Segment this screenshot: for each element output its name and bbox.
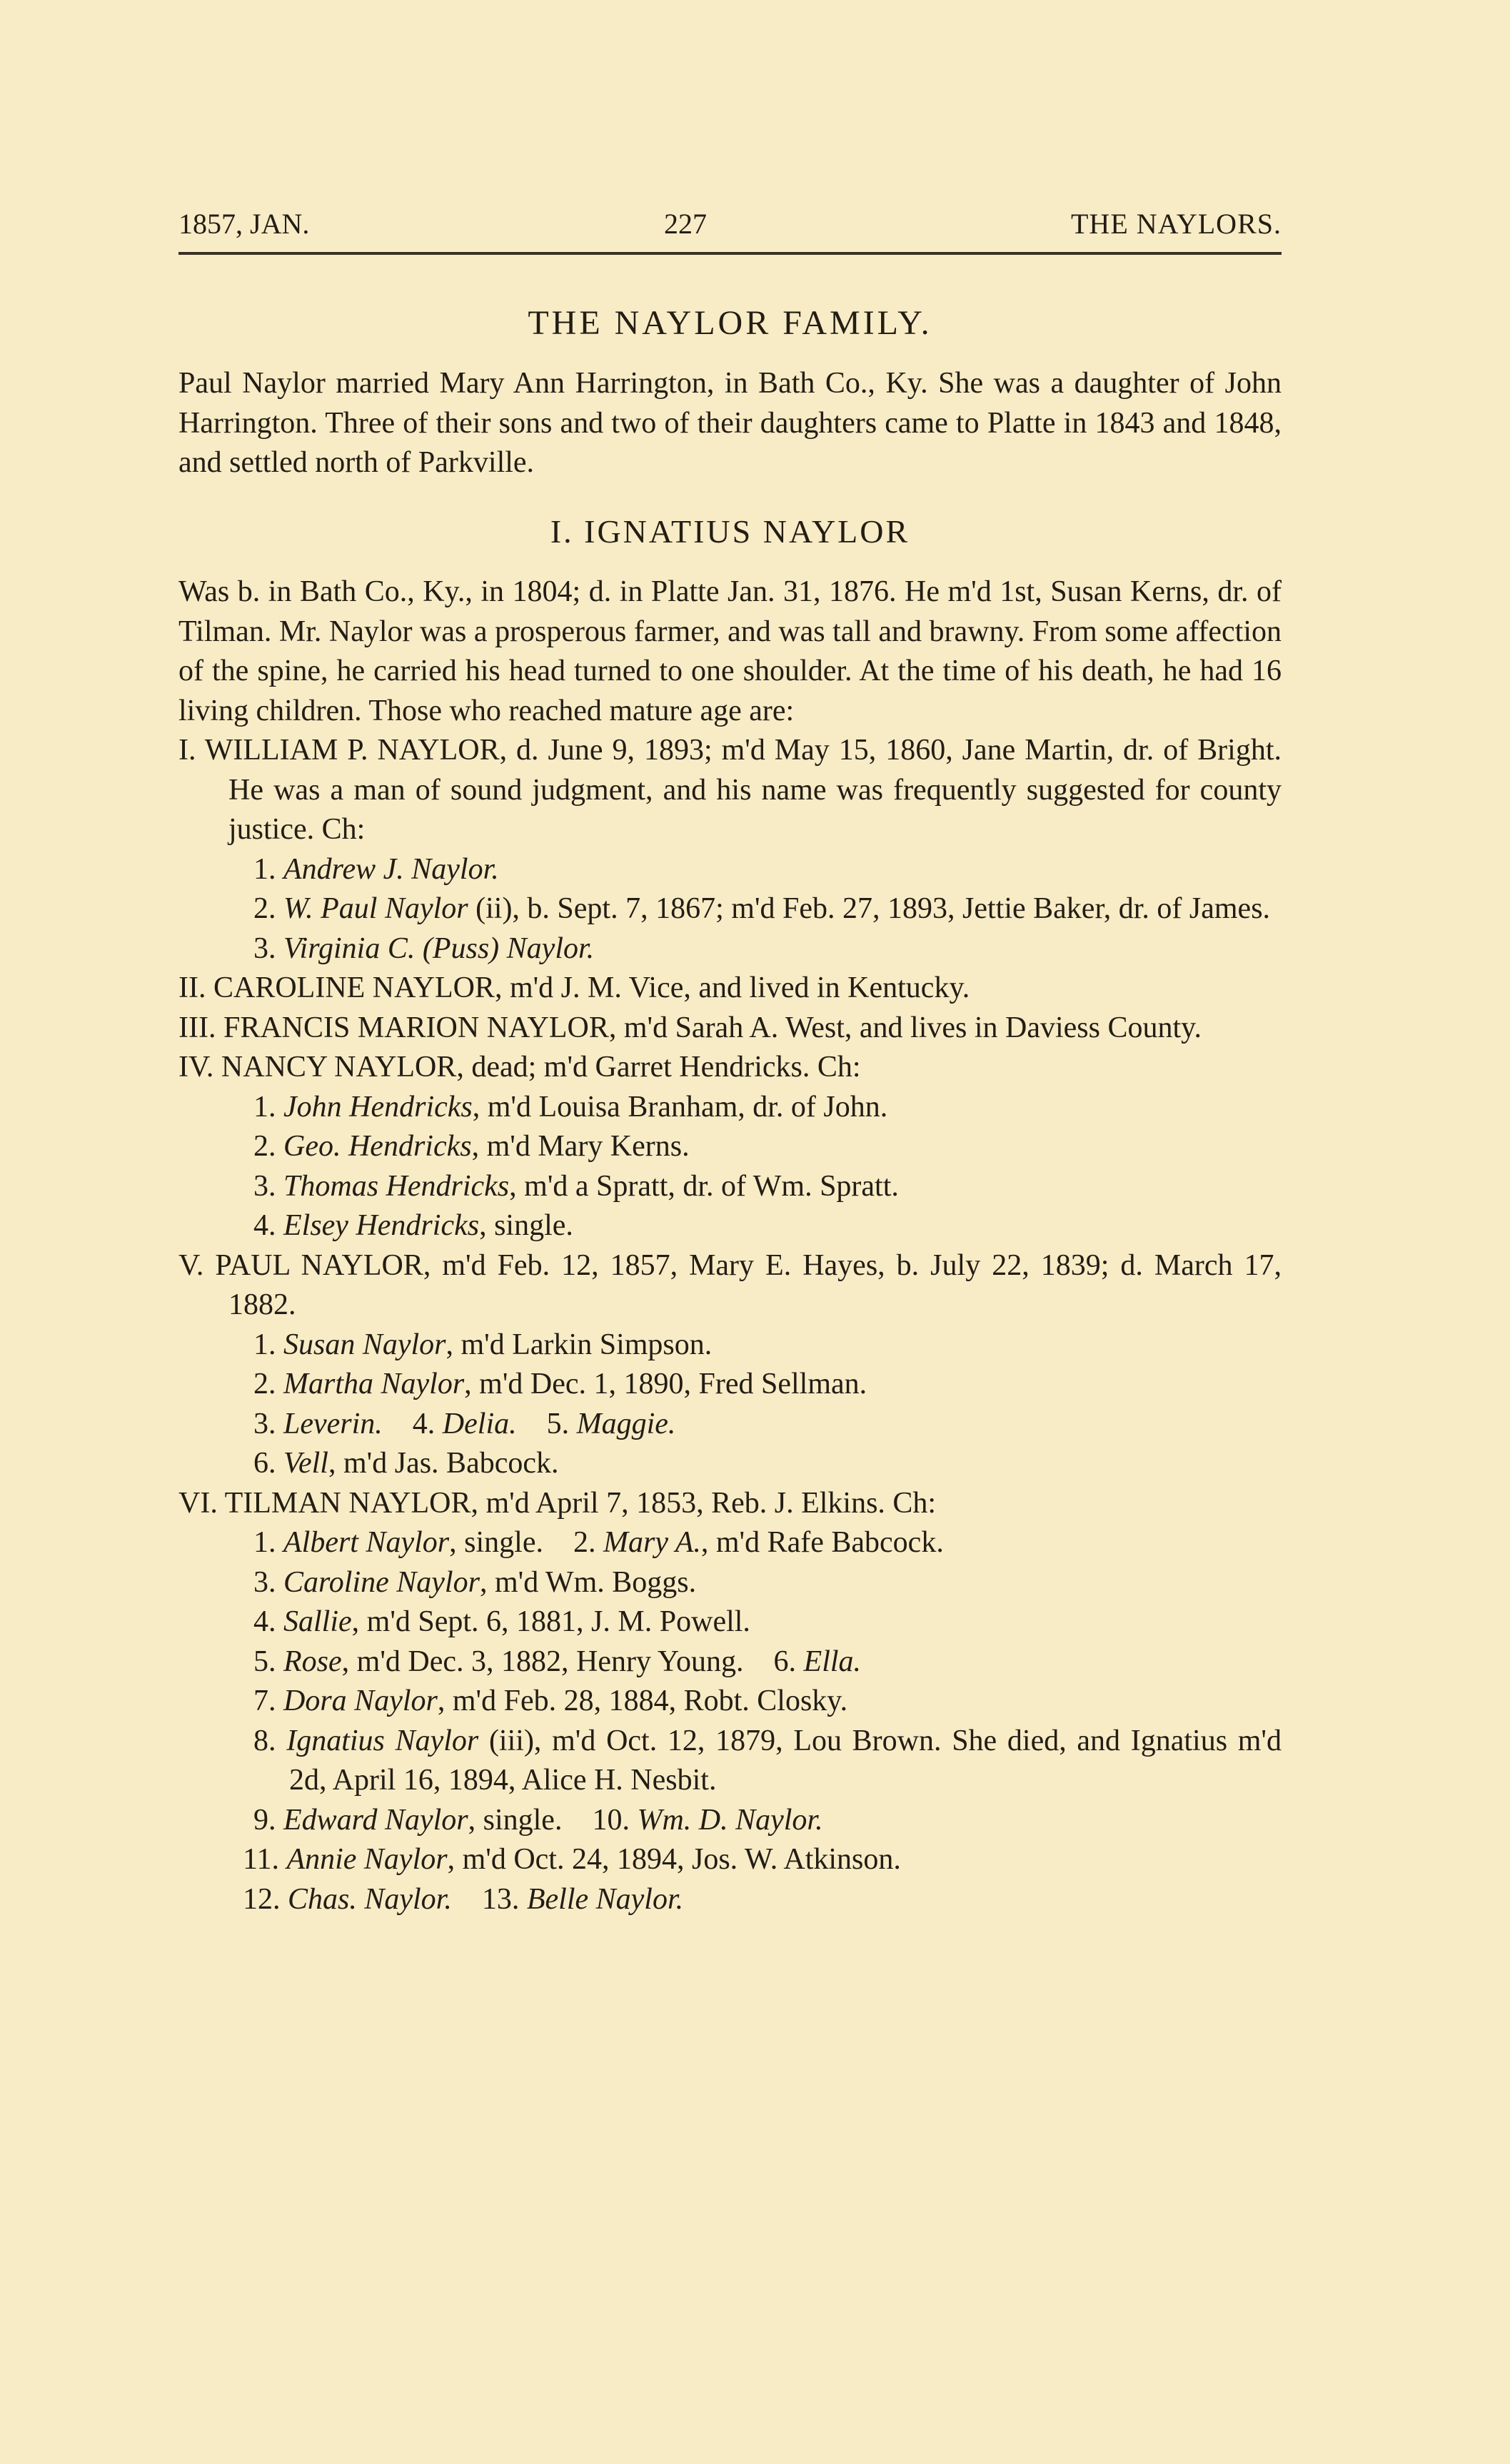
child-number: 2. [573, 1526, 603, 1559]
child-number: 3. [253, 1408, 283, 1440]
child-name: Martha Naylor [283, 1368, 464, 1400]
child-number: 10. [592, 1804, 637, 1837]
child-number: 1. [253, 1526, 283, 1559]
child-details: , m'd Rafe Babcock. [701, 1526, 944, 1559]
entry-item: III. FRANCIS MARION NAYLOR, m'd Sarah A.… [178, 1009, 1282, 1049]
child-number: 3. [253, 1170, 283, 1203]
child-number: 1. [253, 1091, 283, 1124]
entry-text: FRANCIS MARION NAYLOR, m'd Sarah A. West… [223, 1011, 1202, 1044]
child-item: 6. Vell, m'd Jas. Babcock. [178, 1444, 1282, 1484]
child-number: 12. [243, 1883, 288, 1916]
entry-item: V. PAUL NAYLOR, m'd Feb. 12, 1857, Mary … [178, 1246, 1282, 1326]
child-number: 8. [253, 1725, 286, 1757]
entry-item: I. WILLIAM P. NAYLOR, d. June 9, 1893; m… [178, 731, 1282, 850]
child-number: 4. [413, 1408, 443, 1440]
header-rule [178, 252, 1282, 255]
entry-text: CAROLINE NAYLOR, m'd J. M. Vice, and liv… [213, 971, 970, 1004]
child-name: Belle Naylor. [527, 1883, 683, 1916]
child-name: Geo. Hendricks [283, 1130, 472, 1163]
child-details: , m'd Sept. 6, 1881, J. M. Powell. [352, 1605, 750, 1638]
child-item: 7. Dora Naylor, m'd Feb. 28, 1884, Robt.… [178, 1682, 1282, 1722]
child-name: Mary A. [603, 1526, 701, 1559]
child-item: 1. Albert Naylor, single. 2. Mary A., m'… [178, 1523, 1282, 1563]
child-number: 5. [253, 1645, 283, 1678]
child-number: 2. [253, 892, 283, 925]
child-name: Annie Naylor [286, 1843, 447, 1876]
child-number: 2. [253, 1130, 283, 1163]
child-number: 3. [253, 1566, 283, 1599]
child-name: Virginia C. (Puss) Naylor. [283, 932, 594, 965]
section-paragraph: Was b. in Bath Co., Ky., in 1804; d. in … [178, 572, 1282, 731]
entry-item: II. CAROLINE NAYLOR, m'd J. M. Vice, and… [178, 969, 1282, 1009]
child-name: Chas. Naylor. [288, 1883, 452, 1916]
child-details: , m'd Jas. Babcock. [328, 1447, 559, 1480]
child-item: 3. Thomas Hendricks, m'd a Spratt, dr. o… [178, 1167, 1282, 1207]
body-text: Paul Naylor married Mary Ann Harrington,… [178, 364, 1282, 1919]
page-title: THE NAYLOR FAMILY. [178, 303, 1282, 343]
child-item: 8. Ignatius Naylor (iii), m'd Oct. 12, 1… [178, 1722, 1282, 1801]
child-name: Edward Naylor [283, 1804, 468, 1837]
entry-numeral: VI. [178, 1487, 225, 1520]
child-details: , single. [468, 1804, 563, 1837]
child-details: , m'd Feb. 28, 1884, Robt. Closky. [438, 1685, 847, 1717]
child-name: Caroline Naylor [283, 1566, 480, 1599]
child-name: Thomas Hendricks [283, 1170, 509, 1203]
child-details: , m'd a Spratt, dr. of Wm. Spratt. [509, 1170, 899, 1203]
child-number: 4. [253, 1605, 283, 1638]
child-item: 12. Chas. Naylor. 13. Belle Naylor. [178, 1880, 1282, 1920]
child-details: , m'd Dec. 3, 1882, Henry Young. [342, 1645, 744, 1678]
child-item: 4. Elsey Hendricks, single. [178, 1206, 1282, 1246]
entry-text: TILMAN NAYLOR, m'd April 7, 1853, Reb. J… [225, 1487, 937, 1520]
child-number: 6. [253, 1447, 283, 1480]
entry-numeral: III. [178, 1011, 223, 1044]
child-name: Leverin. [283, 1408, 383, 1440]
child-item: 2. Geo. Hendricks, m'd Mary Kerns. [178, 1127, 1282, 1167]
child-number: 3. [253, 932, 283, 965]
child-item: 5. Rose, m'd Dec. 3, 1882, Henry Young. … [178, 1642, 1282, 1682]
child-name: W. Paul Naylor [283, 892, 468, 925]
child-item: 3. Caroline Naylor, m'd Wm. Boggs. [178, 1563, 1282, 1603]
child-details: , m'd Louisa Branham, dr. of John. [473, 1091, 888, 1124]
entry-numeral: II. [178, 971, 213, 1004]
child-name: Ignatius Naylor [286, 1725, 478, 1757]
child-name: John Hendricks [283, 1091, 473, 1124]
child-name: Rose [283, 1645, 342, 1678]
child-item: 9. Edward Naylor, single. 10. Wm. D. Nay… [178, 1801, 1282, 1841]
child-name: Ella. [804, 1645, 862, 1678]
child-name: Sallie [283, 1605, 352, 1638]
child-item: 4. Sallie, m'd Sept. 6, 1881, J. M. Powe… [178, 1602, 1282, 1642]
child-name: Albert Naylor [283, 1526, 449, 1559]
child-details: , m'd Dec. 1, 1890, Fred Sellman. [464, 1368, 867, 1400]
child-name: Andrew J. Naylor. [283, 853, 499, 886]
entry-numeral: I. [178, 734, 205, 767]
child-number: 13. [482, 1883, 527, 1916]
running-head-right: THE NAYLORS. [1071, 207, 1282, 241]
child-details: (ii), b. Sept. 7, 1867; m'd Feb. 27, 189… [468, 892, 1270, 925]
child-details: , m'd Oct. 24, 1894, Jos. W. Atkinson. [448, 1843, 901, 1876]
child-item: 11. Annie Naylor, m'd Oct. 24, 1894, Jos… [178, 1840, 1282, 1880]
child-name: Susan Naylor [283, 1328, 446, 1361]
entry-text: PAUL NAYLOR, m'd Feb. 12, 1857, Mary E. … [215, 1249, 1282, 1322]
child-details: , single. [479, 1209, 573, 1242]
child-number: 7. [253, 1685, 283, 1717]
child-details: , m'd Mary Kerns. [472, 1130, 690, 1163]
child-number: 4. [253, 1209, 283, 1242]
child-item: 3. Leverin. 4. Delia. 5. Maggie. [178, 1405, 1282, 1445]
running-head-left: 1857, JAN. [178, 207, 309, 241]
child-item: 1. Susan Naylor, m'd Larkin Simpson. [178, 1326, 1282, 1365]
child-item: 2. Martha Naylor, m'd Dec. 1, 1890, Fred… [178, 1365, 1282, 1405]
child-details: , single. [449, 1526, 543, 1559]
child-number: 9. [253, 1804, 283, 1837]
child-name: Vell [283, 1447, 328, 1480]
child-name: Delia. [443, 1408, 517, 1440]
entry-text: NANCY NAYLOR, dead; m'd Garret Hendricks… [221, 1051, 861, 1084]
child-name: Dora Naylor [283, 1685, 438, 1717]
page-number: 227 [664, 207, 707, 241]
child-number: 6. [774, 1645, 804, 1678]
child-number: 5. [547, 1408, 577, 1440]
child-number: 1. [253, 853, 283, 886]
child-details: , m'd Larkin Simpson. [446, 1328, 713, 1361]
entry-numeral: IV. [178, 1051, 221, 1084]
entries-list: I. WILLIAM P. NAYLOR, d. June 9, 1893; m… [178, 731, 1282, 1919]
section-heading: I. IGNATIUS NAYLOR [178, 512, 1282, 552]
child-item: 3. Virginia C. (Puss) Naylor. [178, 929, 1282, 969]
entry-item: VI. TILMAN NAYLOR, m'd April 7, 1853, Re… [178, 1484, 1282, 1524]
child-number: 1. [253, 1328, 283, 1361]
child-name: Wm. D. Naylor. [637, 1804, 822, 1837]
child-number: 11. [243, 1843, 286, 1876]
entry-text: WILLIAM P. NAYLOR, d. June 9, 1893; m'd … [205, 734, 1282, 846]
child-name: Elsey Hendricks [283, 1209, 479, 1242]
entry-numeral: V. [178, 1249, 215, 1282]
child-number: 2. [253, 1368, 283, 1400]
child-item: 1. John Hendricks, m'd Louisa Branham, d… [178, 1088, 1282, 1128]
child-name: Maggie. [577, 1408, 676, 1440]
child-details: , m'd Wm. Boggs. [480, 1566, 696, 1599]
entry-item: IV. NANCY NAYLOR, dead; m'd Garret Hendr… [178, 1048, 1282, 1088]
child-item: 1. Andrew J. Naylor. [178, 850, 1282, 890]
intro-paragraph: Paul Naylor married Mary Ann Harrington,… [178, 364, 1282, 483]
running-head: 1857, JAN. 227 THE NAYLORS. [178, 207, 1282, 243]
child-item: 2. W. Paul Naylor (ii), b. Sept. 7, 1867… [178, 889, 1282, 929]
